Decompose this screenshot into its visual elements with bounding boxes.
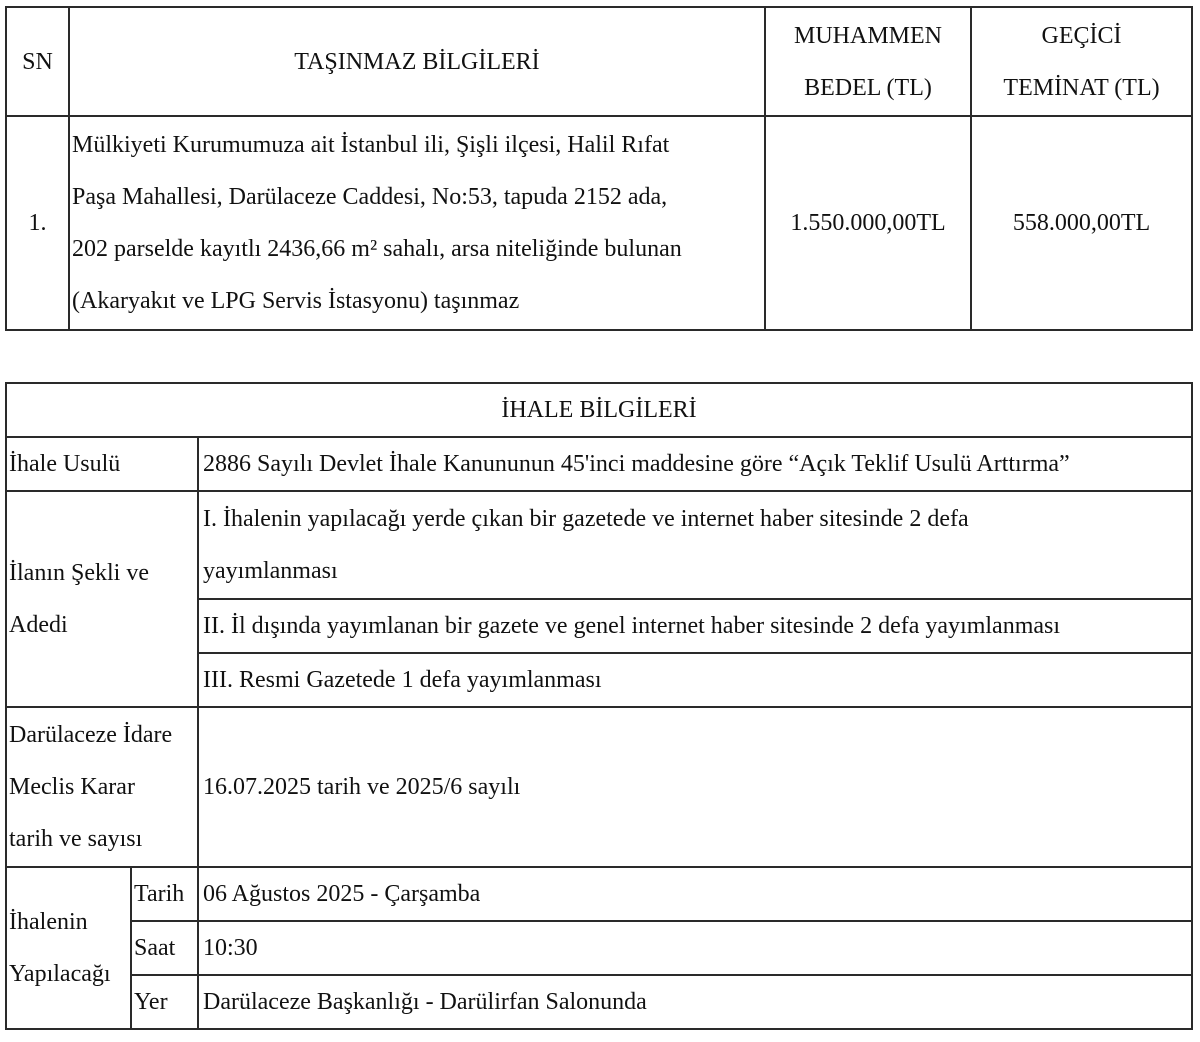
description-line: Mülkiyeti Kurumumuza ait İstanbul ili, Ş… bbox=[72, 119, 760, 171]
announcement-label-line2: Adedi bbox=[9, 599, 193, 651]
place-value: Darülaceze Başkanlığı - Darülirfan Salon… bbox=[198, 975, 1192, 1029]
tender-method-value: 2886 Sayılı Devlet İhale Kanununun 45'in… bbox=[198, 437, 1192, 491]
date-value: 06 Ağustos 2025 - Çarşamba bbox=[198, 867, 1192, 921]
announcement-item-1-line2: yayımlanması bbox=[203, 545, 1187, 597]
venue-label-line1: İhalenin bbox=[9, 896, 126, 948]
announcement-item-2: II. İl dışında yayımlanan bir gazete ve … bbox=[198, 599, 1192, 653]
tender-info-table: İHALE BİLGİLERİ İhale Usulü 2886 Sayılı … bbox=[5, 382, 1193, 1030]
council-decision-label: Darülaceze İdare Meclis Karar tarih ve s… bbox=[6, 707, 198, 867]
row-property-description: Mülkiyeti Kurumumuza ait İstanbul ili, Ş… bbox=[69, 116, 765, 330]
description-line: (Akaryakıt ve LPG Servis İstasyonu) taşı… bbox=[72, 275, 760, 327]
header-estimated-price-line2: BEDEL (TL) bbox=[770, 62, 966, 114]
table-row: İhale Usulü 2886 Sayılı Devlet İhale Kan… bbox=[6, 437, 1192, 491]
table-row: Saat 10:30 bbox=[6, 921, 1192, 975]
row-sn: 1. bbox=[6, 116, 69, 330]
time-value: 10:30 bbox=[198, 921, 1192, 975]
table-row: İhalenin Yapılacağı Tarih 06 Ağustos 202… bbox=[6, 867, 1192, 921]
property-info-table: SN TAŞINMAZ BİLGİLERİ MUHAMMEN BEDEL (TL… bbox=[5, 6, 1193, 331]
council-decision-label-line1: Darülaceze İdare bbox=[9, 709, 193, 761]
date-label: Tarih bbox=[131, 867, 198, 921]
tender-title-row: İHALE BİLGİLERİ bbox=[6, 383, 1192, 437]
table-row: Darülaceze İdare Meclis Karar tarih ve s… bbox=[6, 707, 1192, 867]
table-row: İlanın Şekli ve Adedi I. İhalenin yapıla… bbox=[6, 491, 1192, 599]
council-decision-value: 16.07.2025 tarih ve 2025/6 sayılı bbox=[198, 707, 1192, 867]
header-deposit-line1: GEÇİCİ bbox=[976, 10, 1187, 62]
header-property-info: TAŞINMAZ BİLGİLERİ bbox=[69, 7, 765, 116]
tender-method-label: İhale Usulü bbox=[6, 437, 198, 491]
announcement-label: İlanın Şekli ve Adedi bbox=[6, 491, 198, 707]
header-sn: SN bbox=[6, 7, 69, 116]
council-decision-label-line2: Meclis Karar bbox=[9, 761, 193, 813]
row-estimated-price: 1.550.000,00TL bbox=[765, 116, 971, 330]
announcement-item-1: I. İhalenin yapılacağı yerde çıkan bir g… bbox=[198, 491, 1192, 599]
announcement-label-line1: İlanın Şekli ve bbox=[9, 547, 193, 599]
property-table-header-row: SN TAŞINMAZ BİLGİLERİ MUHAMMEN BEDEL (TL… bbox=[6, 7, 1192, 116]
header-estimated-price: MUHAMMEN BEDEL (TL) bbox=[765, 7, 971, 116]
description-line: Paşa Mahallesi, Darülaceze Caddesi, No:5… bbox=[72, 171, 760, 223]
row-deposit: 558.000,00TL bbox=[971, 116, 1192, 330]
venue-label-line2: Yapılacağı bbox=[9, 948, 126, 1000]
tender-table-title: İHALE BİLGİLERİ bbox=[6, 383, 1192, 437]
description-line: 202 parselde kayıtlı 2436,66 m² sahalı, … bbox=[72, 223, 760, 275]
council-decision-label-line3: tarih ve sayısı bbox=[9, 813, 193, 865]
header-deposit: GEÇİCİ TEMİNAT (TL) bbox=[971, 7, 1192, 116]
announcement-item-3: III. Resmi Gazetede 1 defa yayımlanması bbox=[198, 653, 1192, 707]
header-deposit-line2: TEMİNAT (TL) bbox=[976, 62, 1187, 114]
announcement-item-1-line1: I. İhalenin yapılacağı yerde çıkan bir g… bbox=[203, 493, 1187, 545]
venue-label: İhalenin Yapılacağı bbox=[6, 867, 131, 1029]
table-row: Yer Darülaceze Başkanlığı - Darülirfan S… bbox=[6, 975, 1192, 1029]
place-label: Yer bbox=[131, 975, 198, 1029]
header-estimated-price-line1: MUHAMMEN bbox=[770, 10, 966, 62]
table-row: 1. Mülkiyeti Kurumumuza ait İstanbul ili… bbox=[6, 116, 1192, 330]
time-label: Saat bbox=[131, 921, 198, 975]
